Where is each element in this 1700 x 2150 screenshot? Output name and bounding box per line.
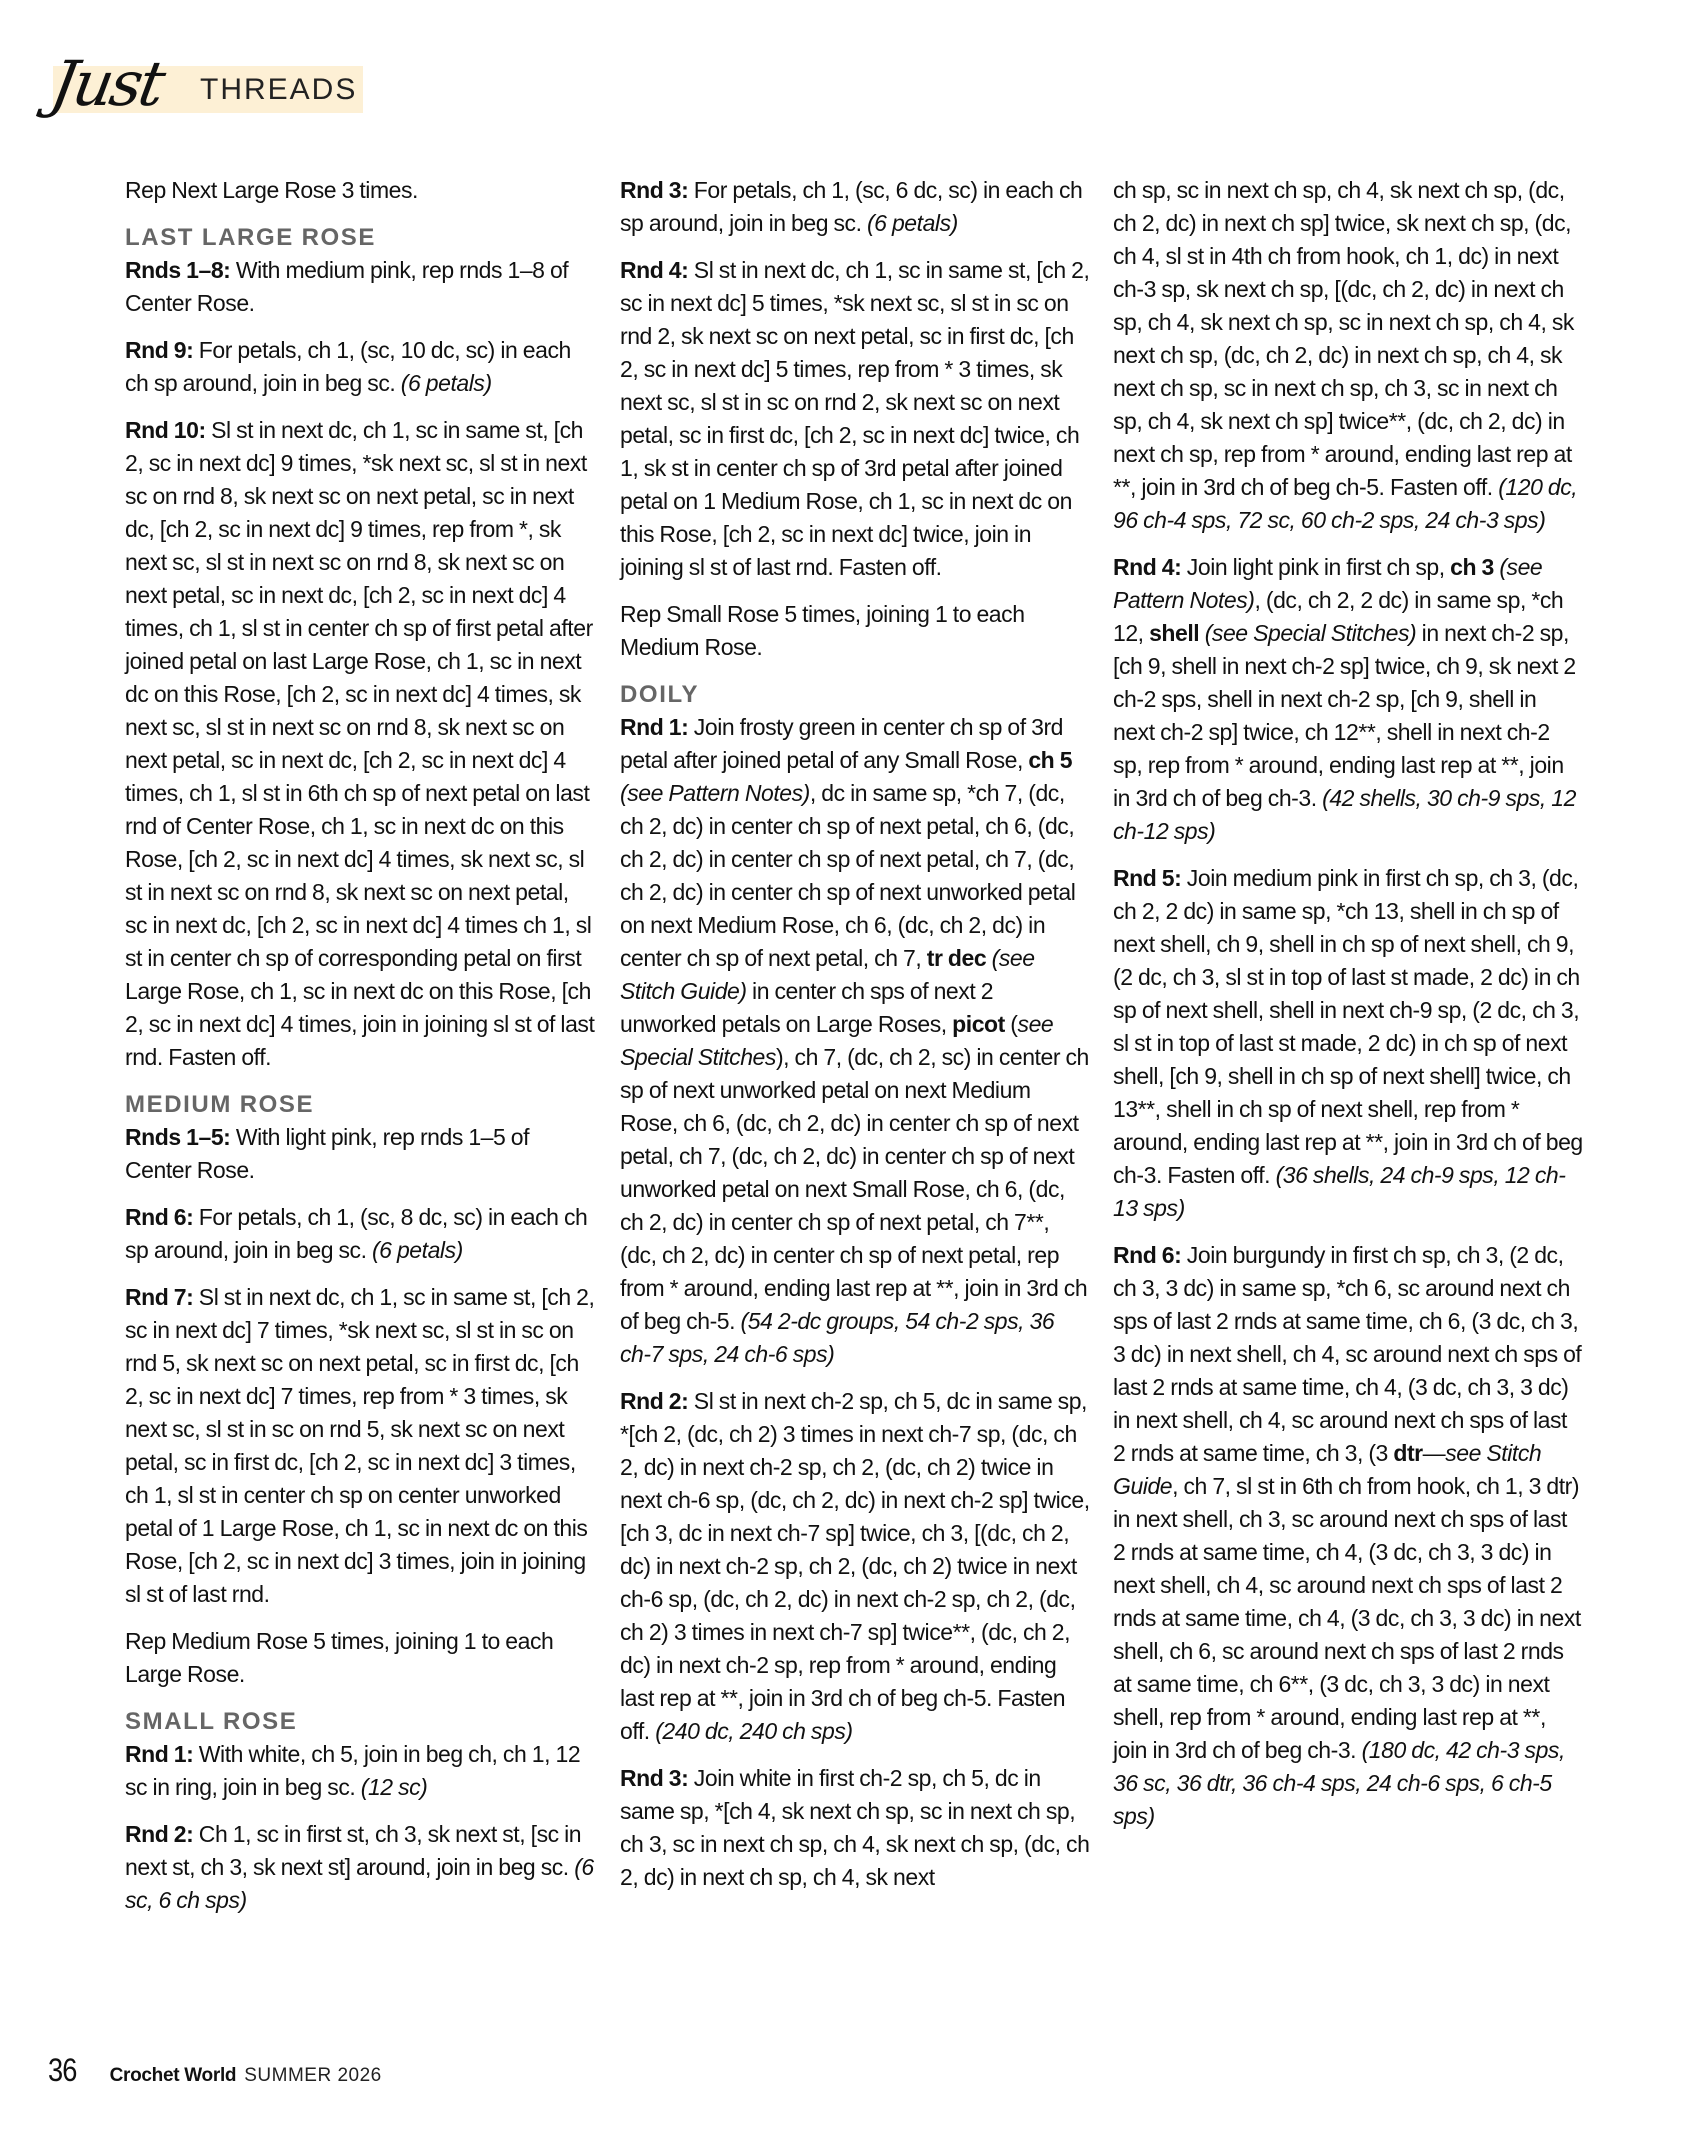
column-1: Rep Next Large Rose 3 times.LAST LARGE R… <box>125 174 595 1931</box>
instruction-text: For petals, ch 1, (sc, 6 dc, sc) in each… <box>620 177 1082 236</box>
instruction-text: ( <box>1005 1011 1018 1037</box>
round-label: Rnd 10: <box>125 417 206 443</box>
instruction-paragraph: Rnd 1: Join frosty green in center ch sp… <box>620 711 1090 1371</box>
section-heading: SMALL ROSE <box>125 1705 595 1738</box>
instruction-paragraph: Rnd 9: For petals, ch 1, (sc, 10 dc, sc)… <box>125 334 595 400</box>
column-3: ch sp, sc in next ch sp, ch 4, sk next c… <box>1113 174 1583 1847</box>
instruction-paragraph: Rnd 2: Ch 1, sc in first st, ch 3, sk ne… <box>125 1818 595 1917</box>
round-label: Rnd 9: <box>125 337 193 363</box>
instruction-text: Join white in first ch-2 sp, ch 5, dc in… <box>620 1765 1089 1890</box>
instruction-paragraph: Rep Next Large Rose 3 times. <box>125 174 595 207</box>
instruction-paragraph: Rnd 5: Join medium pink in first ch sp, … <box>1113 862 1583 1225</box>
section-heading: LAST LARGE ROSE <box>125 221 595 254</box>
instruction-paragraph: Rep Small Rose 5 times, joining 1 to eac… <box>620 598 1090 664</box>
instruction-text: , ch 7, sl st in 6th ch from hook, ch 1,… <box>1113 1473 1581 1763</box>
instruction-text: , dc in same sp, *ch 7, (dc, ch 2, dc) i… <box>620 780 1075 971</box>
stitch-count-note: (6 petals) <box>372 1237 463 1263</box>
stitch-count-note: (12 sc) <box>361 1774 428 1800</box>
round-label: shell <box>1149 620 1199 646</box>
round-label: Rnd 5: <box>1113 865 1181 891</box>
round-label: ch 5 <box>1028 747 1072 773</box>
stitch-count-note: (see Special Stitches) <box>1205 620 1417 646</box>
section-logo-caps: THREADS <box>200 72 357 108</box>
round-label: tr dec <box>927 945 986 971</box>
round-label: Rnd 4: <box>620 257 688 283</box>
section-logo-script: Just <box>45 44 169 124</box>
instruction-text: Sl st in next dc, ch 1, sc in same st, [… <box>125 417 594 1070</box>
instruction-text: Sl st in next dc, ch 1, sc in same st, [… <box>620 257 1089 580</box>
instruction-text: With white, ch 5, join in beg ch, ch 1, … <box>125 1741 580 1800</box>
instruction-text: ), ch 7, (dc, ch 2, sc) in center ch sp … <box>620 1044 1089 1334</box>
round-label: Rnd 3: <box>620 177 688 203</box>
instruction-paragraph: Rnd 6: For petals, ch 1, (sc, 8 dc, sc) … <box>125 1201 595 1267</box>
round-label: Rnd 6: <box>1113 1242 1181 1268</box>
stitch-count-note: (see Pattern Notes) <box>620 780 810 806</box>
round-label: Rnd 2: <box>125 1821 193 1847</box>
instruction-text: Sl st in next ch-2 sp, ch 5, dc in same … <box>620 1388 1090 1744</box>
round-label: Rnd 3: <box>620 1765 688 1791</box>
instruction-text: Rep Small Rose 5 times, joining 1 to eac… <box>620 601 1025 660</box>
round-label: Rnd 1: <box>620 714 688 740</box>
magazine-name: Crochet World <box>110 2065 237 2087</box>
round-label: Rnds 1–5: <box>125 1124 230 1150</box>
instruction-text: Rep Next Large Rose 3 times. <box>125 177 418 203</box>
instruction-text: Join medium pink in first ch sp, ch 3, (… <box>1113 865 1583 1188</box>
round-label: ch 3 <box>1450 554 1494 580</box>
instruction-text: For petals, ch 1, (sc, 8 dc, sc) in each… <box>125 1204 587 1263</box>
instruction-paragraph: Rep Medium Rose 5 times, joining 1 to ea… <box>125 1625 595 1691</box>
instruction-text: Join light pink in first ch sp, <box>1181 554 1450 580</box>
stitch-count-note: (6 petals) <box>401 370 492 396</box>
round-label: Rnd 4: <box>1113 554 1181 580</box>
column-2: Rnd 3: For petals, ch 1, (sc, 6 dc, sc) … <box>620 174 1090 1908</box>
instruction-paragraph: ch sp, sc in next ch sp, ch 4, sk next c… <box>1113 174 1583 537</box>
section-heading: DOILY <box>620 678 1090 711</box>
instruction-text: Sl st in next dc, ch 1, sc in same st, [… <box>125 1284 594 1607</box>
instruction-paragraph: Rnd 7: Sl st in next dc, ch 1, sc in sam… <box>125 1281 595 1611</box>
instruction-paragraph: Rnd 6: Join burgundy in first ch sp, ch … <box>1113 1239 1583 1833</box>
instruction-text: Ch 1, sc in first st, ch 3, sk next st, … <box>125 1821 581 1880</box>
instruction-paragraph: Rnd 1: With white, ch 5, join in beg ch,… <box>125 1738 595 1804</box>
page-footer: 36 Crochet World SUMMER 2026 <box>48 2052 382 2092</box>
round-label: dtr <box>1393 1440 1422 1466</box>
instruction-paragraph: Rnd 2: Sl st in next ch-2 sp, ch 5, dc i… <box>620 1385 1090 1748</box>
issue-label: SUMMER 2026 <box>244 2065 382 2087</box>
instruction-paragraph: Rnd 4: Join light pink in first ch sp, c… <box>1113 551 1583 848</box>
page-number: 36 <box>48 2052 77 2089</box>
round-label: Rnd 6: <box>125 1204 193 1230</box>
instruction-paragraph: Rnd 3: For petals, ch 1, (sc, 6 dc, sc) … <box>620 174 1090 240</box>
stitch-count-note: (240 dc, 240 ch sps) <box>655 1718 852 1744</box>
instruction-paragraph: Rnd 10: Sl st in next dc, ch 1, sc in sa… <box>125 414 595 1074</box>
round-label: Rnd 1: <box>125 1741 193 1767</box>
instruction-text: in next ch-2 sp, [ch 9, shell in next ch… <box>1113 620 1576 811</box>
section-heading: MEDIUM ROSE <box>125 1088 595 1121</box>
instruction-paragraph: Rnd 4: Sl st in next dc, ch 1, sc in sam… <box>620 254 1090 584</box>
round-label: Rnds 1–8: <box>125 257 230 283</box>
round-label: picot <box>952 1011 1005 1037</box>
round-label: Rnd 2: <box>620 1388 688 1414</box>
instruction-text: Join burgundy in first ch sp, ch 3, (2 d… <box>1113 1242 1581 1466</box>
instruction-text: ch sp, sc in next ch sp, ch 4, sk next c… <box>1113 177 1574 500</box>
stitch-count-note: (6 petals) <box>867 210 958 236</box>
instruction-paragraph: Rnds 1–5: With light pink, rep rnds 1–5 … <box>125 1121 595 1187</box>
instruction-paragraph: Rnds 1–8: With medium pink, rep rnds 1–8… <box>125 254 595 320</box>
round-label: Rnd 7: <box>125 1284 193 1310</box>
instruction-text: Rep Medium Rose 5 times, joining 1 to ea… <box>125 1628 553 1687</box>
instruction-text: — <box>1423 1440 1446 1466</box>
instruction-paragraph: Rnd 3: Join white in first ch-2 sp, ch 5… <box>620 1762 1090 1894</box>
